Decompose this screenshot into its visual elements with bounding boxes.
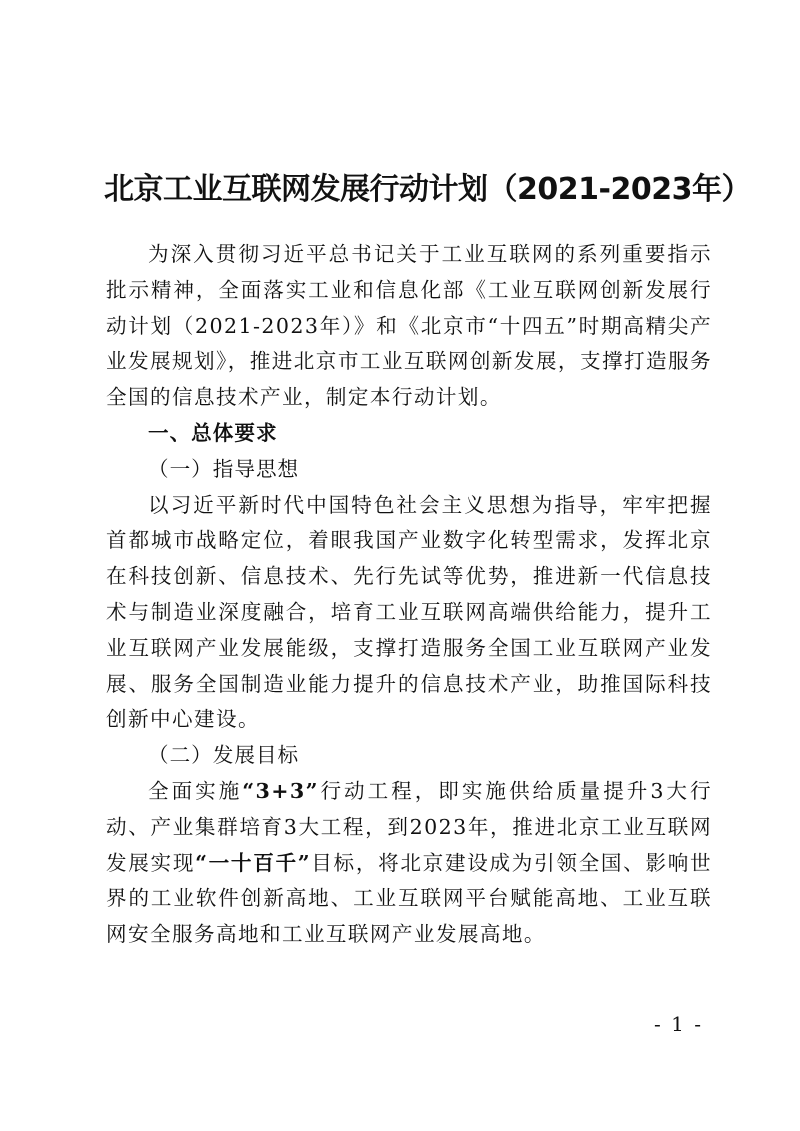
document-title: 北京工业互联网发展行动计划（2021-2023年）: [104, 168, 724, 212]
subsection-heading-development-goals: （二）发展目标: [106, 738, 712, 774]
subsection-heading-guiding-ideology: （一）指导思想: [106, 452, 712, 488]
goals-emphasis-yishibaiqian: “一十百千”: [195, 851, 311, 875]
goals-text-a: 全面实施: [148, 779, 242, 803]
intro-paragraph: 为深入贯彻习近平总书记关于工业互联网的系列重要指示批示精神，全面落实工业和信息化…: [106, 237, 712, 416]
document-page: 北京工业互联网发展行动计划（2021-2023年） 为深入贯彻习近平总书记关于工…: [0, 0, 800, 1131]
page-number: - 1 -: [654, 1012, 703, 1036]
goals-emphasis-3plus3: “3+3”: [242, 779, 319, 803]
section-heading-general-requirements: 一、总体要求: [106, 416, 712, 452]
development-goals-paragraph: 全面实施“3+3”行动工程，即实施供给质量提升3大行动、产业集群培育3大工程，到…: [106, 774, 712, 953]
document-body: 为深入贯彻习近平总书记关于工业互联网的系列重要指示批示精神，全面落实工业和信息化…: [106, 237, 712, 953]
guiding-ideology-paragraph: 以习近平新时代中国特色社会主义思想为指导，牢牢把握首都城市战略定位，着眼我国产业…: [106, 488, 712, 739]
